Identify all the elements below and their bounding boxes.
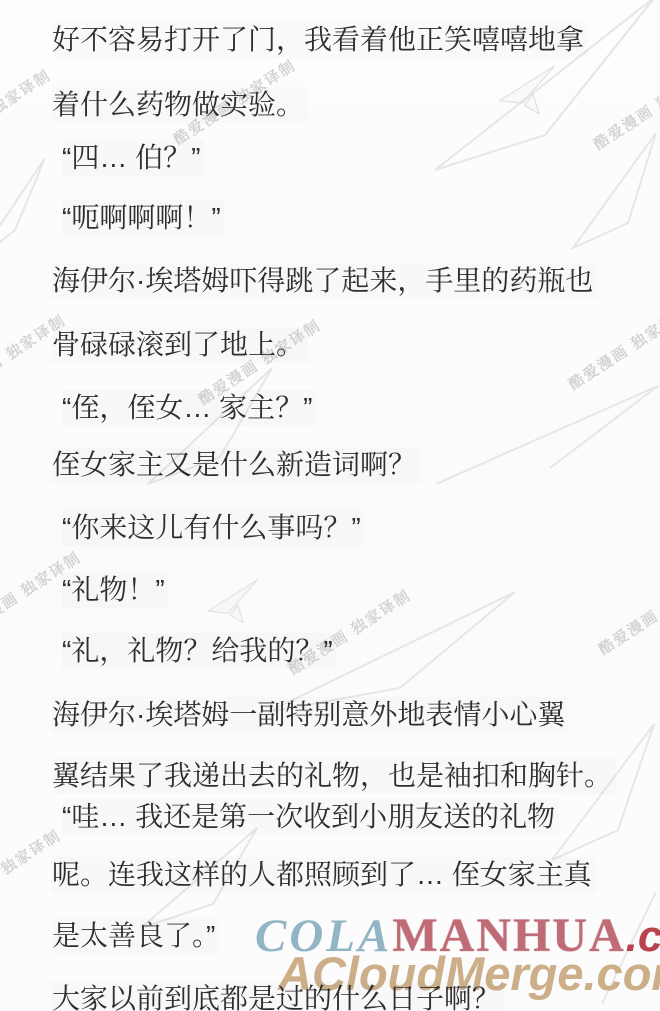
stamp-watermark: 酷爱漫画 独家译制 [0, 64, 55, 159]
text-line: 好不容易打开了门，我看着他正笑嘻嘻地拿 [52, 22, 588, 58]
text-line: 翼结果了我递出去的礼物，也是袖扣和胸针。 [52, 758, 616, 794]
paper-plane-icon [430, 380, 660, 490]
text-line: 海伊尔·埃塔姆一副特别意外地表情小心翼 [52, 697, 569, 733]
comic-text-page: 酷爱漫画 独家译制 酷爱漫画 独家译制 酷爱漫画 独家译制 酷爱漫画 独家译制 … [0, 0, 660, 1011]
text-line: “哇… 我还是第一次收到小朋友送的礼物 [62, 799, 559, 835]
text-line: 侄女家主又是什么新造词啊？ [52, 447, 420, 483]
text-line: “礼物！” [62, 572, 169, 608]
text-line: “侄，侄女… 家主？” [62, 390, 316, 426]
paper-plane-icon [497, 63, 557, 118]
text-line: “礼，礼物？给我的？” [62, 633, 337, 669]
paper-plane-icon [568, 128, 660, 253]
text-line: “呃啊啊啊！” [62, 200, 225, 236]
text-line: 是太善良了。” [52, 918, 219, 954]
paper-plane-icon [205, 578, 260, 626]
text-line: 着什么药物做实验。 [52, 87, 308, 123]
text-line: “四… 伯？” [62, 140, 204, 176]
text-line: 海伊尔·埃塔姆吓得跳了起来，手里的药瓶也 [52, 263, 597, 299]
text-line: 骨碌碌滚到了地上。 [52, 327, 308, 363]
text-line: “你来这儿有什么事吗？” [62, 510, 365, 546]
paper-plane-icon [0, 150, 50, 265]
stamp-watermark: 酷爱漫画 独家译制 [594, 564, 660, 659]
text-line: 大家以前到底都是过的什么日子啊？ [52, 981, 504, 1011]
text-line: 呢。连我这样的人都照顾到了… 侄女家主真 [52, 857, 596, 893]
